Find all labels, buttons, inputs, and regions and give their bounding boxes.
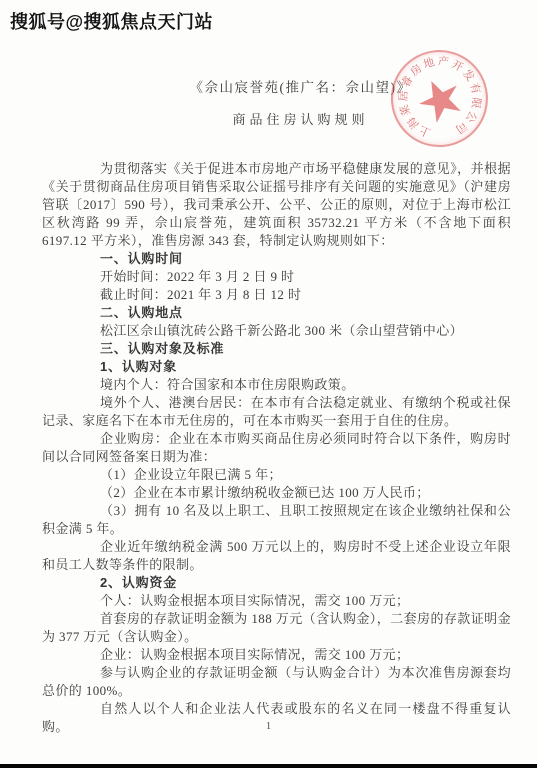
paragraph: 首套房的存款证明金额为 188 万元（含认购金），二套房的存款证明金为 377 …: [42, 610, 511, 646]
paragraph: 企业购房：企业在本市购买商品住房必须同时符合以下条件，购房时间以合同网签备案日期…: [42, 430, 511, 466]
paragraph: 为贯彻落实《关于促进本市房地产市场平稳健康发展的意见》，并根据《关于贯彻商品住房…: [42, 160, 511, 250]
paragraph: 截止时间：2021 年 3 月 8 日 12 时: [42, 286, 511, 304]
seal-ring-text: 上海莱居睿房地产开发有限公司: [386, 45, 494, 153]
section-heading: 二、认购地点: [42, 304, 511, 322]
paragraph: （2）企业在本市累计缴纳税收金额已达 100 万人民币；: [42, 484, 511, 502]
company-seal: 上海莱居睿房地产开发有限公司: [386, 45, 494, 153]
sohu-watermark: 搜狐号@搜狐焦点天门站: [10, 8, 213, 34]
paragraph: 个人：认购金根据本项目实际情况，需交 100 万元；: [42, 592, 511, 610]
section-heading: 三、认购对象及标准: [42, 340, 511, 358]
document-body: 为贯彻落实《关于促进本市房地产市场平稳健康发展的意见》，并根据《关于贯彻商品住房…: [42, 160, 511, 736]
paragraph: 企业：认购金根据本项目实际情况，需交 100 万元；: [42, 646, 511, 664]
section-heading: 2、认购资金: [42, 574, 511, 592]
section-heading: 1、认购对象: [42, 358, 511, 376]
paragraph: 境外个人、港澳台居民：在本市有合法稳定就业、有缴纳个税或社保记录、家庭名下在本市…: [42, 394, 511, 430]
page-number: 1: [0, 720, 537, 732]
bottom-edge-bar: [0, 764, 537, 768]
paragraph: 松江区佘山镇沈砖公路千新公路北 300 米（佘山望营销中心）: [42, 322, 511, 340]
paragraph: 参与认购企业的存款证明金额（与认购金合计）为本次准售房源套均总价的 100%。: [42, 664, 511, 700]
scanned-document-page: 搜狐号@搜狐焦点天门站 《佘山宸誉苑(推广名：佘山望)》 商品住房认购规则 上海…: [0, 0, 537, 768]
paragraph: 企业近年缴纳税金满 500 万元以上的，购房时不受上述企业设立年限和员工人数等条…: [42, 538, 511, 574]
paragraph: （1）企业设立年限已满 5 年；: [42, 466, 511, 484]
section-heading: 一、认购时间: [42, 250, 511, 268]
paragraph: 境内个人：符合国家和本市住房限购政策。: [42, 376, 511, 394]
paragraph: 开始时间：2022 年 3 月 2 日 9 时: [42, 268, 511, 286]
paragraph: （3）拥有 10 名及以上职工、且职工按照规定在该企业缴纳社保和公积金满 5 年…: [42, 502, 511, 538]
